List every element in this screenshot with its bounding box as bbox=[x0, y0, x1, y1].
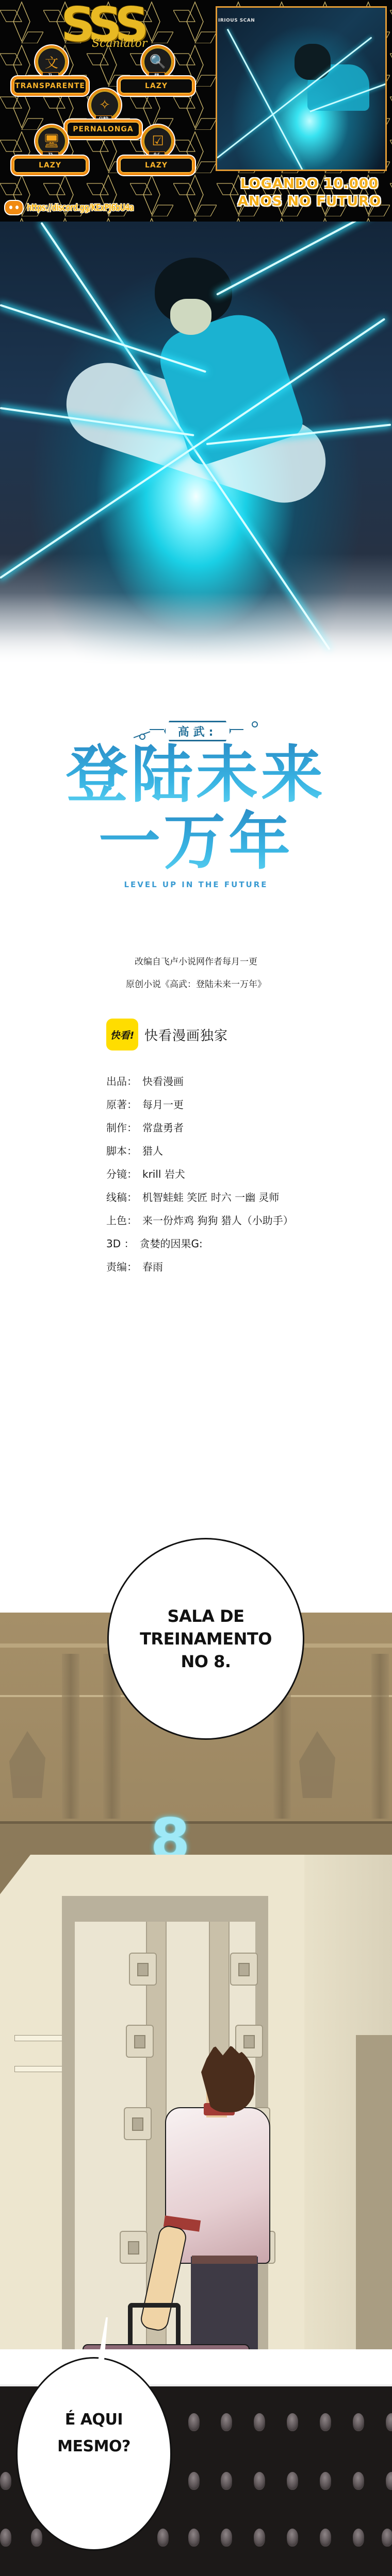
discord-icon bbox=[4, 200, 24, 215]
character-face bbox=[170, 299, 211, 335]
grate-stud bbox=[353, 2529, 364, 2545]
discord-link[interactable]: https://discord.gg/KExPJ6bU4a bbox=[27, 202, 134, 213]
grate-stud bbox=[287, 2472, 298, 2488]
series-title-portuguese: LOGANDO 10.000 ANOS NO FUTURO bbox=[227, 175, 392, 210]
grate-stud bbox=[188, 2472, 200, 2488]
credit-row: 脚本：猎人 bbox=[106, 1140, 293, 1163]
door-clamp bbox=[230, 1953, 258, 1986]
grate-stud bbox=[386, 2472, 392, 2488]
credit-row: 制作：常盘勇者 bbox=[106, 1116, 293, 1140]
character-pants bbox=[191, 2257, 258, 2349]
title-prefix: 高武: bbox=[164, 721, 231, 741]
grate-stud bbox=[188, 2413, 200, 2430]
wall-pillar bbox=[62, 1654, 79, 1819]
series-cover-art: IRIOUS SCAN bbox=[216, 6, 387, 171]
side-wall-shadow bbox=[356, 2035, 392, 2349]
door-clamp bbox=[235, 2025, 263, 2058]
cover-watermark: IRIOUS SCAN bbox=[218, 18, 255, 23]
comic-title-logo: 高武: 登陆未来 一万年 LEVEL UP IN THE FUTURE bbox=[0, 670, 392, 917]
role-badge-typesetter: 🖥 TS LAZY bbox=[11, 125, 89, 176]
credit-row: 3D ：贪婪的因果G: bbox=[106, 1232, 293, 1256]
discord-invite[interactable]: https://discord.gg/KExPJ6bU4a bbox=[4, 200, 164, 215]
door-clamp bbox=[126, 2025, 154, 2058]
lightning-bolt bbox=[216, 222, 381, 296]
grate-stud bbox=[254, 2529, 265, 2545]
grate-stud bbox=[320, 2472, 331, 2488]
adaptation-note: 改编自飞卢小说网作者每月一更 bbox=[0, 954, 392, 967]
grate-stud bbox=[386, 2413, 392, 2430]
staff-credit-list: 出品：快看漫画 原著：每月一更 制作：常盘勇者 脚本：猎人 分镜：krill 岩… bbox=[106, 1070, 293, 1279]
suitcase-handle bbox=[128, 2303, 181, 2349]
grate-stud bbox=[221, 2529, 232, 2545]
wall-pillar bbox=[371, 1654, 389, 1819]
speech-bubble-training-room: SALA DE TREINAMENTO NO 8. bbox=[107, 1538, 304, 1740]
credit-row: 上色：来一份炸鸡 狗狗 猎人（小助手） bbox=[106, 1209, 293, 1232]
speech-bubble-is-this-it: É AQUI MESMO? bbox=[16, 2357, 172, 2551]
credit-row: 线稿：机智蛙蛙 笑匠 时六 一幽 灵师 bbox=[106, 1186, 293, 1209]
grate-stud bbox=[221, 2413, 232, 2430]
scanlator-credits-banner: SSS Scanlator 文 TL TRANSPARENTE 🔍 PR LAZ… bbox=[0, 0, 392, 222]
credit-row: 分镜：krill 岩犬 bbox=[106, 1163, 293, 1186]
grate-stud bbox=[254, 2472, 265, 2488]
grate-stud bbox=[188, 2529, 200, 2545]
credit-row: 出品：快看漫画 bbox=[106, 1070, 293, 1093]
grate-stud bbox=[287, 2529, 298, 2545]
kuaikan-logo-icon: 快看! bbox=[106, 1019, 138, 1050]
credit-row: 原著：每月一更 bbox=[106, 1093, 293, 1116]
original-credits: 改编自飞卢小说网作者每月一更 原创小说《高武：登陆未来一万年》 快看! 快看漫画… bbox=[0, 943, 392, 1262]
grate-stud bbox=[353, 2472, 364, 2488]
title-line-2: 一万年 bbox=[0, 809, 392, 876]
door-clamp bbox=[120, 2231, 148, 2264]
grate-stud bbox=[287, 2413, 298, 2430]
title-line-1: 登陆未来 bbox=[0, 742, 392, 809]
credit-row: 责编：春雨 bbox=[106, 1256, 293, 1279]
door-clamp bbox=[124, 2107, 152, 2140]
role-badge-quality-check: ☑ Q.C LAZY bbox=[118, 125, 195, 176]
title-english: LEVEL UP IN THE FUTURE bbox=[0, 880, 392, 889]
original-novel-note: 原创小说《高武：登陆未来一万年》 bbox=[0, 977, 392, 990]
grate-stud bbox=[221, 2472, 232, 2488]
door-clamp bbox=[129, 1953, 157, 1986]
suitcase bbox=[83, 2344, 250, 2349]
grate-stud bbox=[320, 2413, 331, 2430]
grate-stud bbox=[382, 2529, 392, 2545]
grate-stud bbox=[0, 2529, 11, 2545]
character-belt bbox=[192, 2256, 257, 2264]
platform-exclusive: 快看! 快看漫画独家 bbox=[106, 1019, 228, 1050]
grate-stud bbox=[320, 2529, 331, 2545]
grate-stud bbox=[254, 2413, 265, 2430]
key-art-illustration bbox=[0, 222, 392, 665]
grate-stud bbox=[157, 2529, 169, 2545]
grate-stud bbox=[353, 2413, 364, 2430]
circuit-line bbox=[150, 729, 164, 730]
circuit-node bbox=[252, 721, 258, 727]
grate-stud bbox=[0, 2472, 11, 2488]
white-fade bbox=[0, 592, 392, 665]
grate-stud bbox=[31, 2529, 42, 2545]
